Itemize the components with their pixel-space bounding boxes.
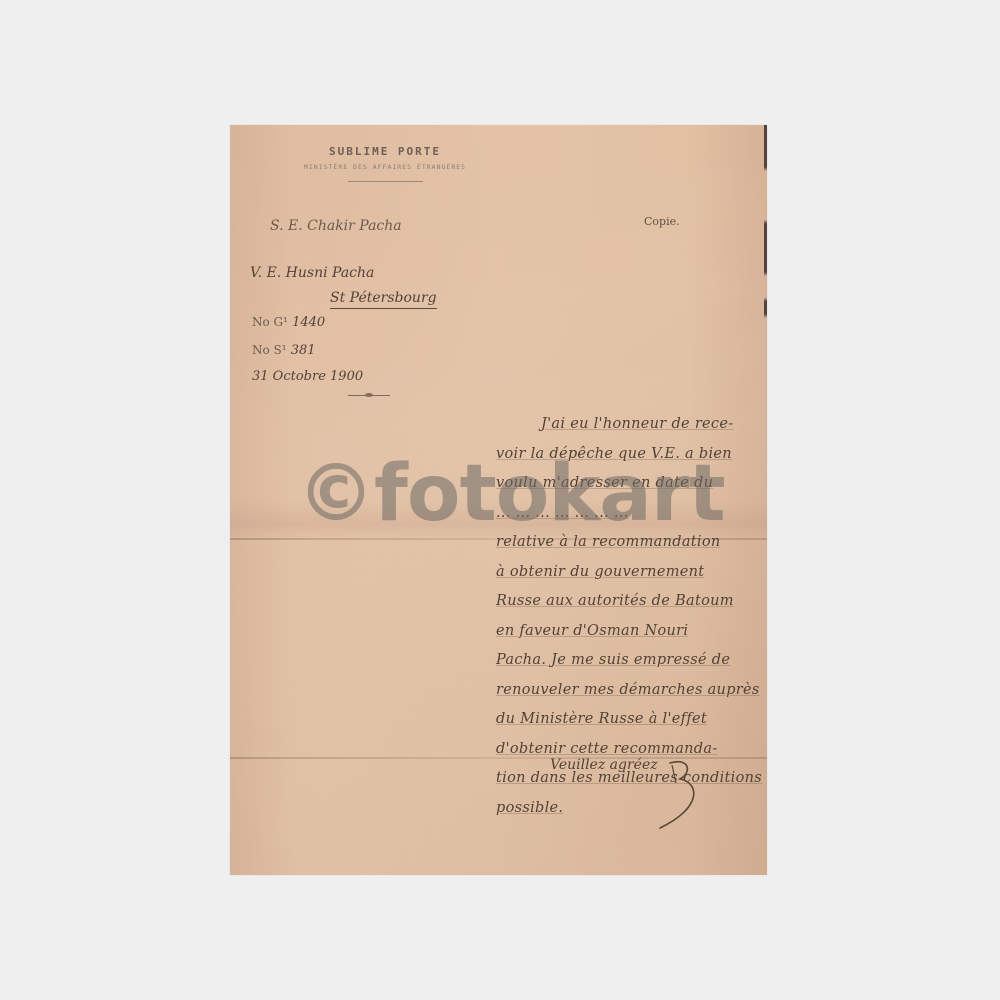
- body-line: à obtenir du gouvernement: [496, 558, 767, 588]
- reference-general-number: No G¹ 1440: [252, 315, 325, 330]
- reference-value: 381: [291, 343, 316, 358]
- reference-special-number: No S¹ 381: [252, 343, 316, 358]
- body-line: J'ai eu l'honneur de rece-: [496, 410, 767, 440]
- body-line: voulu m'adresser en date du: [496, 469, 767, 499]
- reference-value: 31 Octobre 1900: [252, 369, 363, 384]
- copy-mark: Copie.: [644, 215, 680, 228]
- reference-value: 1440: [292, 315, 325, 330]
- recipient-place: St Pétersbourg: [330, 290, 437, 309]
- body-line: en faveur d'Osman Nouri: [496, 617, 767, 647]
- body-line: relative à la recommandation: [496, 528, 767, 558]
- image-stage: SUBLIME PORTE MINISTÈRE DES AFFAIRES ÉTR…: [0, 0, 1000, 1000]
- signature-flourish-icon: [650, 753, 710, 833]
- sender-line: S. E. Chakir Pacha: [270, 218, 402, 234]
- reference-label: No S¹: [252, 343, 287, 357]
- body-line: ... ... ... ... ... ... ...: [496, 499, 767, 529]
- letterhead-subtitle: MINISTÈRE DES AFFAIRES ÉTRANGÈRES: [270, 163, 500, 171]
- letter-document: SUBLIME PORTE MINISTÈRE DES AFFAIRES ÉTR…: [230, 125, 767, 875]
- letterhead: SUBLIME PORTE MINISTÈRE DES AFFAIRES ÉTR…: [270, 145, 500, 182]
- reference-label: No G¹: [252, 315, 288, 329]
- body-line: Russe aux autorités de Batoum: [496, 587, 767, 617]
- paper-edge-tear: [764, 125, 767, 335]
- body-line: renouveler mes démarches auprès: [496, 676, 767, 706]
- recipient-line: V. E. Husni Pacha: [250, 265, 374, 281]
- body-line: voir la dépêche que V.E. a bien: [496, 440, 767, 470]
- reference-date: 31 Octobre 1900: [252, 369, 363, 384]
- body-line: possible.: [496, 794, 767, 824]
- body-line: Pacha. Je me suis empressé de: [496, 646, 767, 676]
- letterhead-title: SUBLIME PORTE: [270, 145, 500, 158]
- ornament-divider: [348, 395, 390, 396]
- body-line: du Ministère Russe à l'effet: [496, 705, 767, 735]
- letterhead-rule: [348, 181, 423, 182]
- closing-line: Veuillez agréez: [550, 757, 658, 773]
